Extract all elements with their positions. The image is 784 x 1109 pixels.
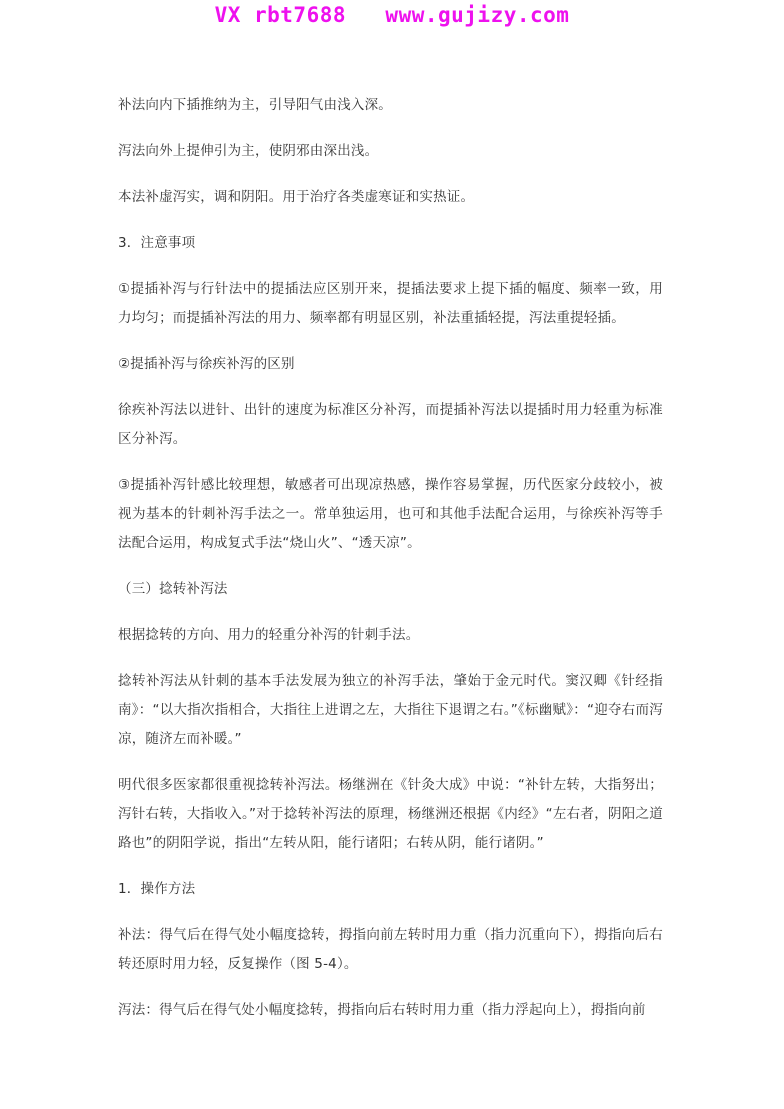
paragraph-note-3: ③提插补泻针感比较理想，敏感者可出现凉热感，操作容易掌握，历代医家分歧较小，被视… xyxy=(118,471,663,558)
section-heading-precautions: 3．注意事项 xyxy=(118,229,663,258)
paragraph-indication: 本法补虚泻实，调和阴阳。用于治疗各类虚寒证和实热证。 xyxy=(118,183,663,212)
paragraph-twirling-history: 捻转补泻法从针刺的基本手法发展为独立的补泻手法，肇始于金元时代。窦汉卿《针经指南… xyxy=(118,667,663,754)
paragraph-note-2-heading: ②提插补泻与徐疾补泻的区别 xyxy=(118,350,663,379)
paragraph-tonify-method: 补法向内下插推纳为主，引导阳气由浅入深。 xyxy=(118,91,663,120)
paragraph-note-1: ①提插补泻与行针法中的提插法应区别开来，提插法要求上提下插的幅度、频率一致，用力… xyxy=(118,275,663,333)
section-heading-operation: 1．操作方法 xyxy=(118,875,663,904)
paragraph-ming-dynasty: 明代很多医家都很重视捻转补泻法。杨继洲在《针灸大成》中说：“补针左转，大指努出；… xyxy=(118,771,663,858)
paragraph-reduce-operation: 泻法：得气后在得气处小幅度捻转，拇指向后右转时用力重（指力浮起向上），拇指向前 xyxy=(118,996,663,1025)
section-heading-twirling: （三）捻转补泻法 xyxy=(118,575,663,604)
paragraph-reduce-method: 泻法向外上提伸引为主，使阴邪由深出浅。 xyxy=(118,137,663,166)
paragraph-tonify-operation: 补法：得气后在得气处小幅度捻转，拇指向前左转时用力重（指力沉重向下），拇指向后右… xyxy=(118,921,663,979)
paragraph-note-2-body: 徐疾补泻法以进针、出针的速度为标准区分补泻，而提插补泻法以提插时用力轻重为标准区… xyxy=(118,396,663,454)
paragraph-twirling-definition: 根据捻转的方向、用力的轻重分补泻的针刺手法。 xyxy=(118,621,663,650)
document-page: 补法向内下插推纳为主，引导阳气由浅入深。 泻法向外上提伸引为主，使阴邪由深出浅。… xyxy=(118,91,663,1042)
watermark-banner: VX rbt7688 www.gujizy.com xyxy=(0,2,784,28)
